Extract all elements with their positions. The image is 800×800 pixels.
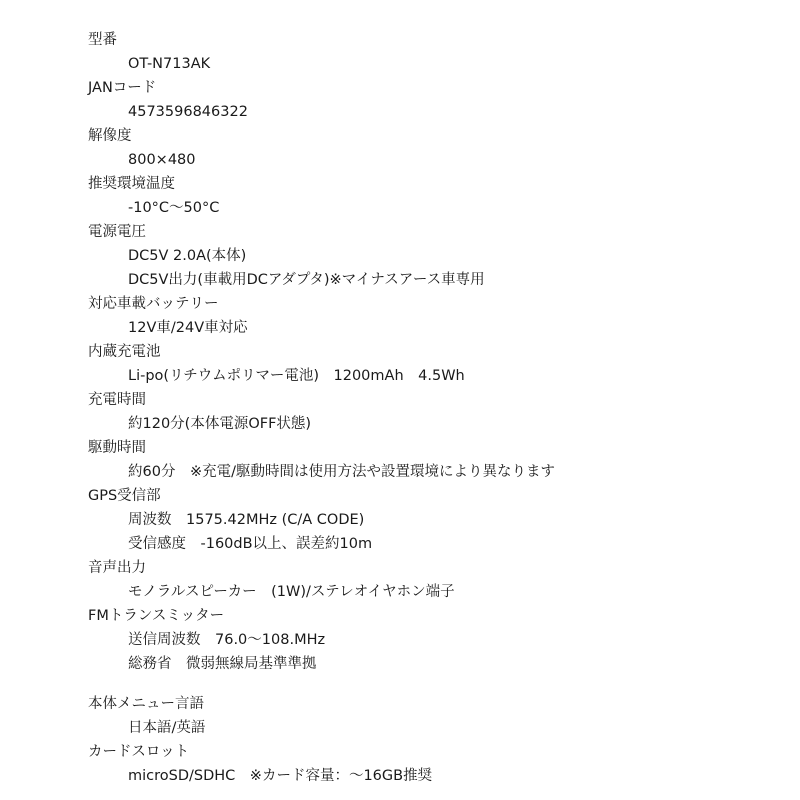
spec-value-charge-time: 約120分(本体電源OFF状態) xyxy=(88,412,555,436)
spec-label-card-slot: カードスロット xyxy=(88,740,555,764)
spec-label-internal-battery: 内蔵充電池 xyxy=(88,340,555,364)
spec-value-model: OT-N713AK xyxy=(88,52,555,76)
spec-value-resolution: 800×480 xyxy=(88,148,555,172)
spec-value-card-slot: microSD/SDHC ※カード容量：〜16GB推奨 xyxy=(88,764,555,788)
spec-label-charge-time: 充電時間 xyxy=(88,388,555,412)
spec-label-power: 電源電圧 xyxy=(88,220,555,244)
spec-value-menu-language: 日本語/英語 xyxy=(88,716,555,740)
spec-label-resolution: 解像度 xyxy=(88,124,555,148)
spec-label-jan: JANコード xyxy=(88,76,555,100)
spec-label-run-time: 駆動時間 xyxy=(88,436,555,460)
spec-value-jan: 4573596846322 xyxy=(88,100,555,124)
spec-label-temperature: 推奨環境温度 xyxy=(88,172,555,196)
spec-value-power-1: DC5V 2.0A(本体) xyxy=(88,244,555,268)
spec-value-temperature: -10°C〜50°C xyxy=(88,196,555,220)
spec-value-run-time: 約60分 ※充電/駆動時間は使用方法や設置環境により異なります xyxy=(88,460,555,484)
spec-value-audio: モノラルスピーカー (1W)/ステレオイヤホン端子 xyxy=(88,580,555,604)
spec-label-audio: 音声出力 xyxy=(88,556,555,580)
spec-value-internal-battery: Li-po(リチウムポリマー電池) 1200mAh 4.5Wh xyxy=(88,364,555,388)
spec-value-battery-compat: 12V車/24V車対応 xyxy=(88,316,555,340)
spec-value-gps-sensitivity: 受信感度 -160dB以上、誤差約10m xyxy=(88,532,555,556)
spec-label-fm: FMトランスミッター xyxy=(88,604,555,628)
spec-label-battery-compat: 対応車載バッテリー xyxy=(88,292,555,316)
spec-value-fm-frequency: 送信周波数 76.0〜108.MHz xyxy=(88,628,555,652)
spec-value-gps-frequency: 周波数 1575.42MHz (C/A CODE) xyxy=(88,508,555,532)
spec-label-menu-language: 本体メニュー言語 xyxy=(88,692,555,716)
spec-value-fm-compliance: 総務省 微弱無線局基準準拠 xyxy=(88,652,555,676)
spec-label-gps: GPS受信部 xyxy=(88,484,555,508)
spacer xyxy=(88,676,555,692)
spec-list: 型番 OT-N713AK JANコード 4573596846322 解像度 80… xyxy=(88,28,555,788)
spec-label-model: 型番 xyxy=(88,28,555,52)
spec-value-power-2: DC5V出力(車載用DCアダプタ)※マイナスアース車専用 xyxy=(88,268,555,292)
